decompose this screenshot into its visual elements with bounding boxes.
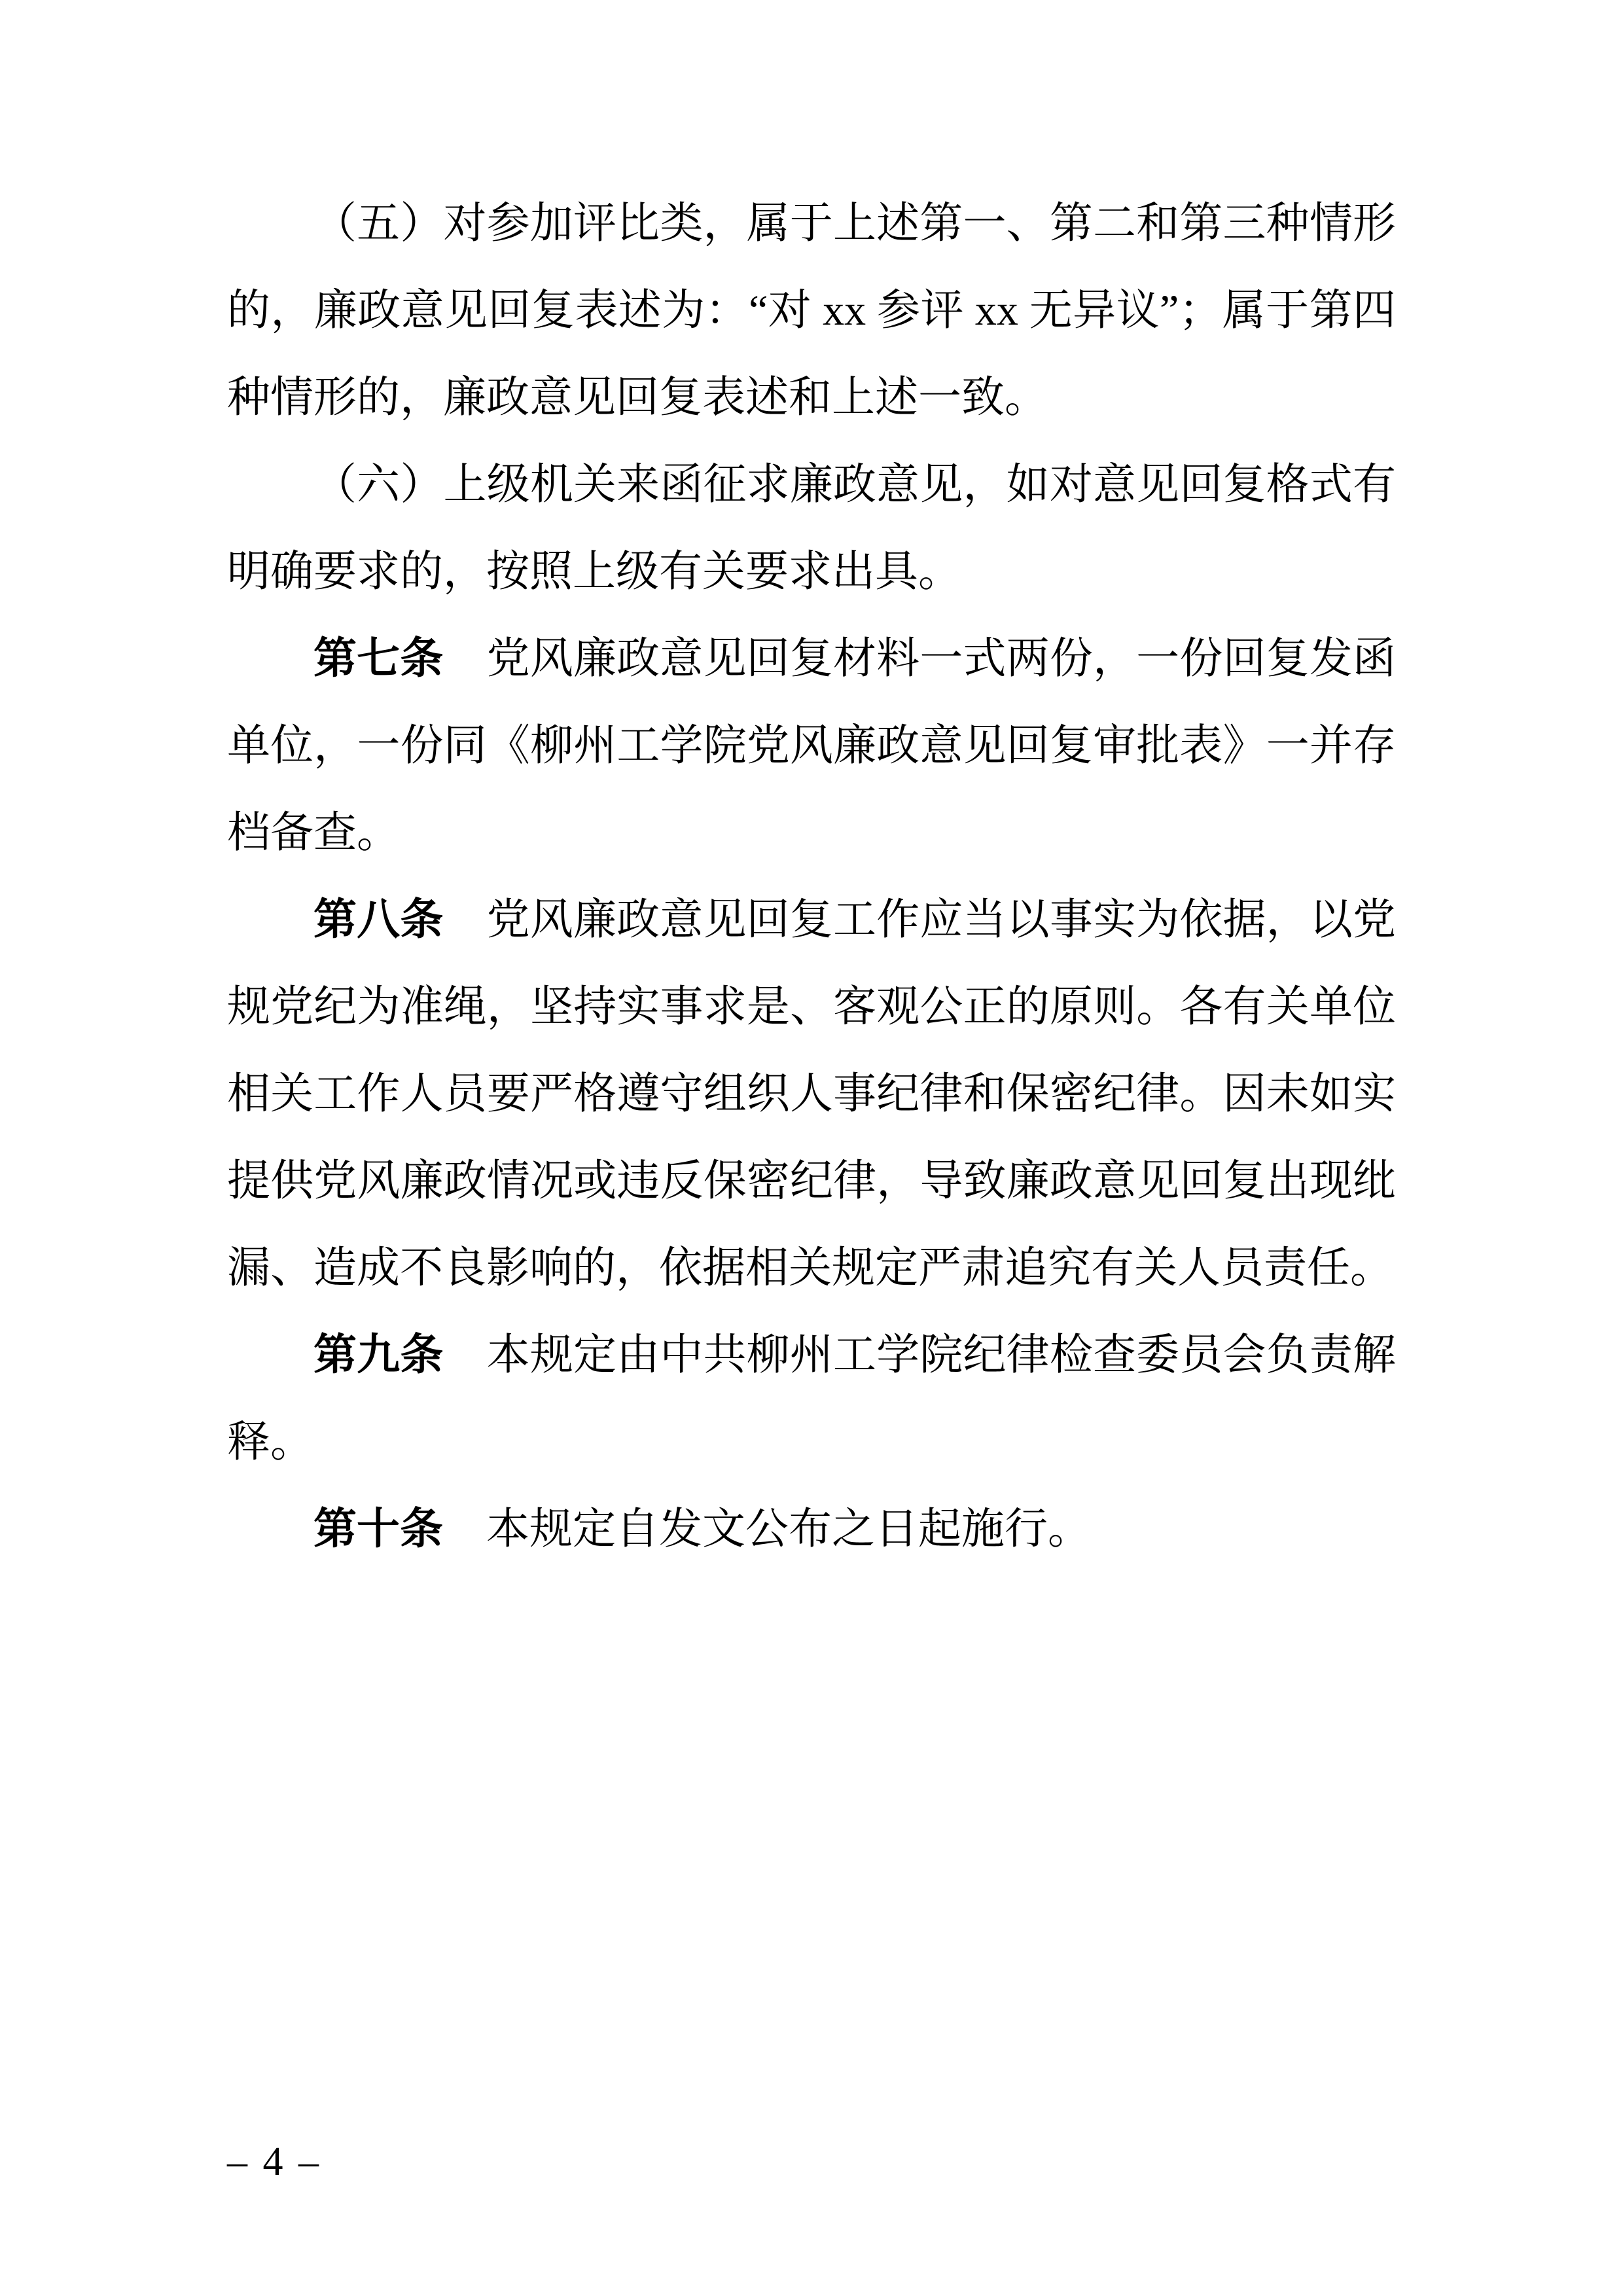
paragraph-article-9: 第九条 本规定由中共柳州工学院纪律检查委员会负责解释。: [227, 1312, 1396, 1486]
paragraph-article-7: 第七条 党风廉政意见回复材料一式两份，一份回复发函单位，一份同《柳州工学院党风廉…: [227, 615, 1396, 876]
paragraph-text: （六）上级机关来函征求廉政意见，如对意见回复格式有明确要求的，按照上级有关要求出…: [227, 461, 1396, 596]
article-number-label: 第八条: [313, 896, 444, 944]
paragraph-item-5: （五）对参加评比类，属于上述第一、第二和第三种情形的，廉政意见回复表述为：“对 …: [227, 180, 1396, 441]
article-number-label: 第九条: [313, 1331, 444, 1379]
article-number-label: 第十条: [313, 1505, 443, 1553]
paragraph-text: 本规定自发文公布之日起施行。: [443, 1505, 1091, 1553]
paragraph-text: 党风廉政意见回复工作应当以事实为依据，以党规党纪为准绳，坚持实事求是、客观公正的…: [227, 896, 1396, 1292]
paragraph-article-8: 第八条 党风廉政意见回复工作应当以事实为依据，以党规党纪为准绳，坚持实事求是、客…: [227, 876, 1396, 1312]
paragraph-item-6: （六）上级机关来函征求廉政意见，如对意见回复格式有明确要求的，按照上级有关要求出…: [227, 441, 1396, 615]
paragraph-text: （五）对参加评比类，属于上述第一、第二和第三种情形的，廉政意见回复表述为：“对 …: [227, 200, 1396, 422]
page-number: – 4 –: [227, 2142, 319, 2182]
article-number-label: 第七条: [313, 635, 444, 683]
paragraph-article-10: 第十条 本规定自发文公布之日起施行。: [227, 1486, 1396, 1573]
document-page: （五）对参加评比类，属于上述第一、第二和第三种情形的，廉政意见回复表述为：“对 …: [0, 0, 1623, 2296]
document-body: （五）对参加评比类，属于上述第一、第二和第三种情形的，廉政意见回复表述为：“对 …: [227, 180, 1396, 1573]
